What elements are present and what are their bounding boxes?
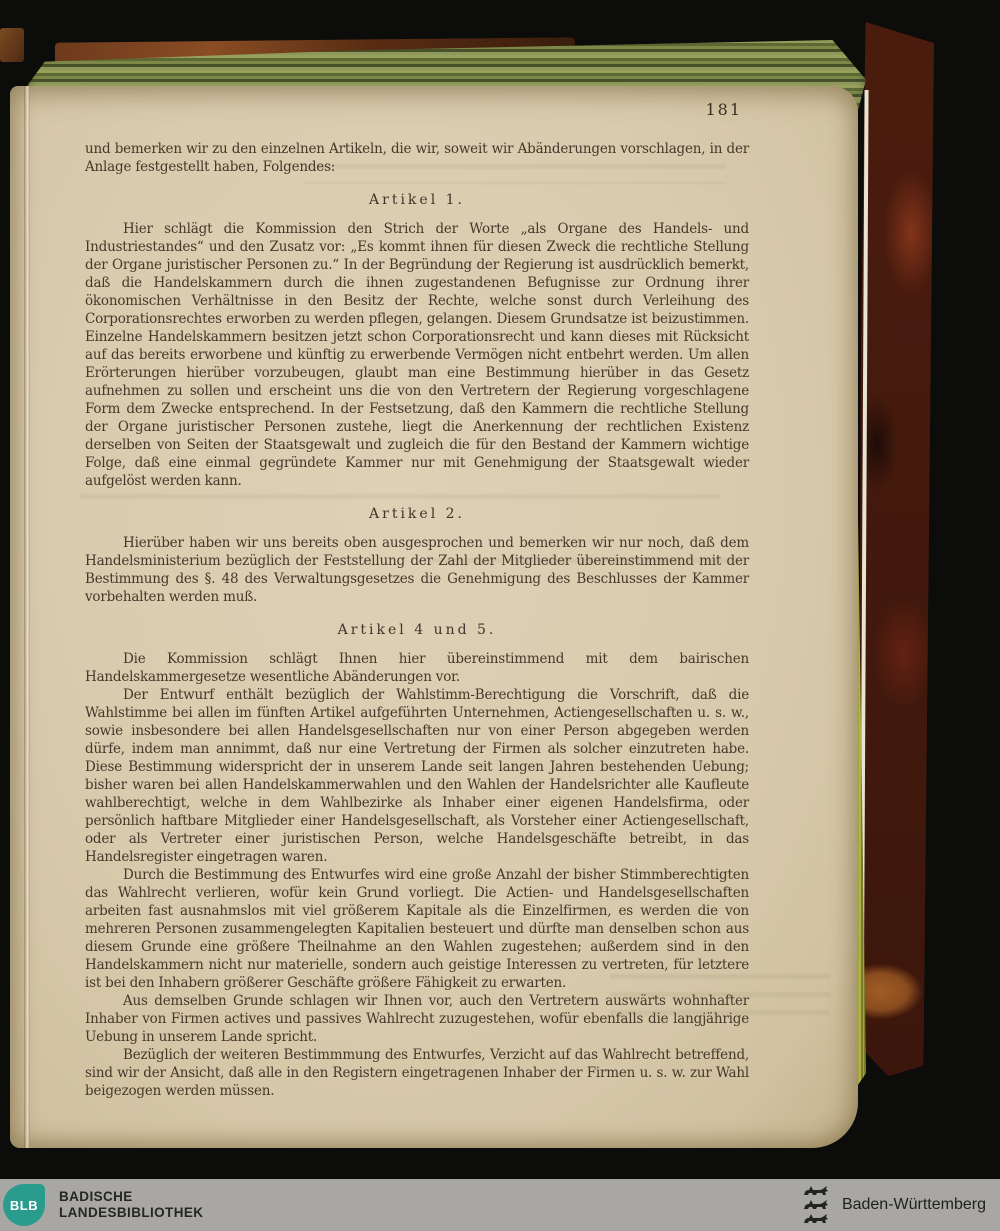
state-branding: Baden-Württemberg <box>803 1185 986 1225</box>
body-paragraph: Hier schlägt die Kommission den Strich d… <box>85 220 749 490</box>
library-footer: BLB BADISCHE LANDESBIBLIOTHEK Baden-Würt… <box>0 1179 1000 1231</box>
book-spine-corner <box>0 28 24 62</box>
body-paragraph: Aus demselben Grunde schlagen wir Ihnen … <box>85 992 749 1046</box>
body-paragraph: Hierüber haben wir uns bereits oben ausg… <box>85 534 749 606</box>
scan-viewer: 181 und bemerken wir zu den einzelnen Ar… <box>0 0 1000 1231</box>
article-heading: Artikel 2. <box>85 505 749 523</box>
page-crease <box>24 86 30 1148</box>
article-heading: Artikel 1. <box>85 191 749 209</box>
blb-logo-icon: BLB <box>3 1184 45 1226</box>
body-paragraph: Der Entwurf enthält bezüglich der Wahlst… <box>85 686 749 866</box>
article-heading: Artikel 4 und 5. <box>85 621 749 639</box>
page-text: und bemerken wir zu den einzelnen Artike… <box>85 140 749 1100</box>
body-paragraph: Die Kommission schlägt Ihnen hier überei… <box>85 650 749 686</box>
body-paragraph: Durch die Bestimmung des Entwurfes wird … <box>85 866 749 992</box>
scanned-page: 181 und bemerken wir zu den einzelnen Ar… <box>10 86 858 1148</box>
state-name: Baden-Württemberg <box>842 1196 986 1214</box>
baden-wuerttemberg-lions-icon <box>803 1185 830 1225</box>
library-name-line2: LANDESBIBLIOTHEK <box>59 1205 203 1221</box>
body-paragraph: und bemerken wir zu den einzelnen Artike… <box>85 140 749 176</box>
library-name: BADISCHE LANDESBIBLIOTHEK <box>59 1189 203 1221</box>
library-branding: BLB BADISCHE LANDESBIBLIOTHEK <box>0 1184 203 1226</box>
blb-logo-text: BLB <box>10 1198 38 1213</box>
book-marbled-cover <box>858 22 934 1076</box>
body-paragraph: Bezüglich der weiteren Bestimmmung des E… <box>85 1046 749 1100</box>
page-number: 181 <box>705 100 742 119</box>
library-name-line1: BADISCHE <box>59 1189 203 1205</box>
